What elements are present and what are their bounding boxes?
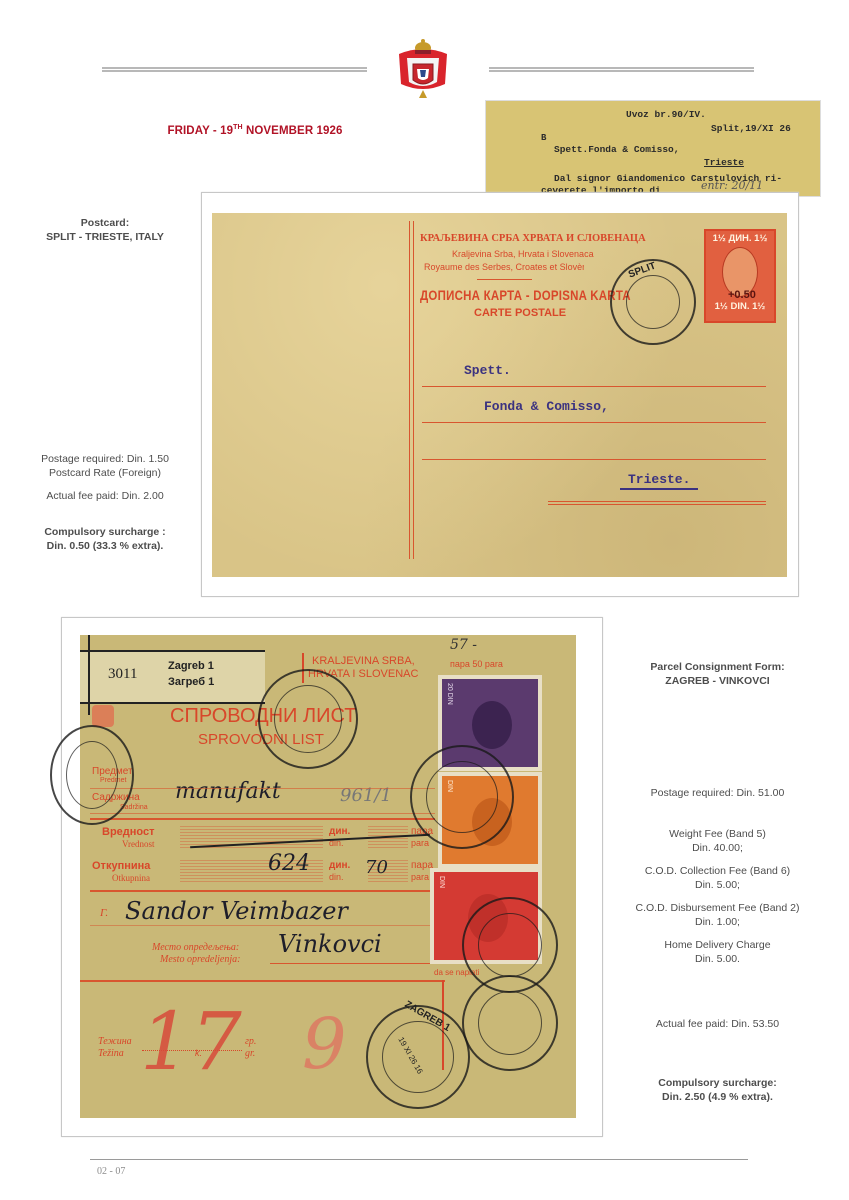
postcard-frame: КРАЉЕВИНА СРБА ХРВАТА И СЛОВЕНАЦА Kralje… (201, 192, 799, 597)
field-cod-latin: Otkupnina (112, 873, 150, 883)
parcel-route: ZAGREB - VINKOVCI (630, 674, 805, 688)
zagreb-postmark-2 (50, 725, 134, 825)
page-date-title: FRIDAY - 19TH NOVEMBER 1926 (145, 124, 365, 137)
postcard-description: Postcard: SPLIT - TRIESTE, ITALY (20, 216, 190, 244)
postcard-title: ДОПИСНА КАРТА - DOPISNA KARTA (420, 287, 631, 303)
fee-label: C.O.D. Collection Fee (Band 6) (620, 864, 815, 878)
stamp-bottom-value: 1½ DIN. 1½ (706, 301, 774, 312)
postcard-rates: Postage required: Din. 1.50 Postcard Rat… (20, 452, 190, 553)
postcard-subtitle: CARTE POSTALE (474, 307, 566, 319)
form-line-7 (80, 980, 445, 982)
destination-label-cyrillic: Место опредељења: (152, 942, 239, 953)
addressee-prefix: Г. (100, 907, 108, 919)
fee-label: C.O.D. Disbursement Fee (Band 2) (620, 901, 815, 915)
postcard-actual-fee: Actual fee paid: Din. 2.00 (20, 489, 190, 503)
address-line-4b (548, 504, 766, 505)
parcel-actual-fee: Actual fee paid: Din. 53.50 (630, 1017, 805, 1031)
form-line-3 (90, 818, 435, 820)
postcard-back-image: Uvoz br.90/IV. Split,19/XI 26 B Spett.Fo… (485, 100, 821, 197)
form-line-1 (90, 788, 435, 789)
postcard-header-french: Royaume des Serbes, Croates et Slovènes (424, 262, 584, 272)
zagreb-postmark-3 (410, 745, 514, 849)
weight-handwritten: 17 (140, 995, 242, 1088)
label-number: 3011 (108, 666, 137, 683)
registration-label: 3011 Zagreb 1 Загреб 1 (80, 650, 265, 704)
parcel-postage-required: Postage required: Din. 51.00 (630, 786, 805, 800)
form-handwritten-top: 57 - (450, 637, 477, 653)
postcard-postage-required: Postage required: Din. 1.50 (20, 452, 190, 466)
label-office-cyrillic: Загреб 1 (168, 676, 214, 688)
postcard-front-image: КРАЉЕВИНА СРБА ХРВАТА И СЛОВЕНАЦА Kralje… (212, 213, 787, 577)
letter-city: Trieste (704, 157, 744, 168)
stamp-overprint: +0.50 (728, 289, 756, 301)
fee-item-home-delivery: Home Delivery Charge Din. 5.00. (620, 938, 815, 966)
form-header-latin-1: KRALJEVINA SRBA, (312, 655, 415, 667)
fee-item-cod-collection: C.O.D. Collection Fee (Band 6) Din. 5.00… (620, 864, 815, 892)
fee-label: Weight Fee (Band 5) (620, 827, 815, 841)
header-rule-right (489, 67, 754, 72)
form-line-2 (90, 813, 435, 814)
field-cod-cyrillic: Откупнина (92, 860, 150, 872)
postcard-imprinted-stamp: 1½ ДИН. 1½ 1½ DIN. 1½ +0.50 (704, 229, 776, 323)
split-postmark: SPLIT (610, 259, 696, 345)
postcard-header-rule (477, 279, 532, 280)
postcard-heading: Postcard: (20, 216, 190, 230)
form-line-5 (90, 925, 435, 926)
weight-label-cyrillic: Тежина (98, 1036, 132, 1047)
postmark-text: SPLIT (627, 260, 657, 280)
postmark-date: 19 XI 26 16 (396, 1036, 424, 1076)
stamp-value: DIN (438, 876, 445, 888)
date-title-ordinal: TH (233, 124, 243, 131)
letter-handwritten-note: entr: 20/11 (701, 179, 763, 192)
value-para-latin: para (411, 838, 429, 848)
parcel-surcharge: Compulsory surcharge: Din. 2.50 (4.9 % e… (630, 1076, 805, 1104)
footer-rule (90, 1159, 748, 1160)
letter-place-date: Split,19/XI 26 (711, 123, 791, 134)
cod-para-latin: para (411, 872, 429, 882)
destination-label-latin: Mesto opredeljenja: (160, 954, 240, 965)
parcel-fee-list: Weight Fee (Band 5) Din. 40.00; C.O.D. C… (620, 827, 815, 966)
fee-value: Din. 5.00. (620, 952, 815, 966)
fee-item-cod-disbursement: C.O.D. Disbursement Fee (Band 2) Din. 1.… (620, 901, 815, 929)
weight-label-latin: Težina (98, 1048, 124, 1059)
date-title-month-year: NOVEMBER 1926 (243, 125, 343, 137)
stamp-top-value: 1½ ДИН. 1½ (706, 233, 774, 244)
zagreb-postmark-1 (258, 669, 358, 769)
form-emblem-icon (92, 705, 114, 727)
value-din-cyrillic: дин. (329, 826, 350, 837)
stamp-portrait (472, 701, 512, 749)
address-company: Fonda & Comisso, (484, 399, 609, 414)
zagreb-postmark-6 (462, 975, 558, 1071)
form-line-6 (270, 963, 435, 964)
address-line-2 (422, 422, 766, 423)
fee-value: Din. 40.00; (620, 841, 815, 855)
parcel-surcharge-label: Compulsory surcharge: (630, 1076, 805, 1090)
field-value-latin: Vrednost (122, 839, 154, 849)
weight-gr-cyrillic: гр. (245, 1036, 256, 1047)
address-salutation: Spett. (464, 363, 511, 378)
zagreb-postmark-5: ZAGREB 1 19 XI 26 16 (366, 1005, 470, 1109)
parcel-form-frame: 3011 Zagreb 1 Загреб 1 KRALJEVINA SRBA, … (61, 617, 603, 1137)
cod-paras-value: 70 (365, 857, 388, 878)
postcard-route: SPLIT - TRIESTE, ITALY (20, 230, 190, 244)
cod-din-cyrillic: дин. (329, 860, 350, 871)
import-number: Uvoz br.90/IV. (626, 109, 706, 120)
parcel-form-image: 3011 Zagreb 1 Загреб 1 KRALJEVINA SRBA, … (80, 635, 576, 1118)
label-left-bar (88, 635, 90, 715)
address-line-1 (422, 386, 766, 387)
form-line-4 (90, 890, 435, 892)
label-office-latin: Zagreb 1 (168, 660, 214, 672)
postcard-rate: Postcard Rate (Foreign) (20, 466, 190, 480)
fee-value: Din. 1.00; (620, 915, 815, 929)
cod-dinars-value: 624 (268, 851, 310, 876)
stamp-value: 20 DIN (446, 683, 453, 705)
contents-value: manufakt (175, 779, 281, 804)
address-line-3 (422, 459, 766, 460)
field-value-cyrillic: Вредност (102, 826, 155, 838)
page-number: 02 - 07 (97, 1166, 125, 1177)
postmark-office: ZAGREB 1 (403, 999, 452, 1034)
postcard-header-cyrillic: КРАЉЕВИНА СРБА ХРВАТА И СЛОВЕНАЦА (420, 233, 646, 244)
parcel-description: Parcel Consignment Form: ZAGREB - VINKOV… (630, 660, 805, 688)
letter-addressee: Spett.Fonda & Comisso, (554, 144, 679, 155)
postcard-header-latin: Kraljevina Srba, Hrvata i Slovenaca (452, 249, 594, 259)
date-title-day: FRIDAY - 19 (167, 125, 233, 137)
weight-gr-latin: gr. (245, 1048, 255, 1059)
royal-coat-of-arms-icon (393, 36, 453, 102)
letter-mark: B (541, 133, 546, 143)
postcard-divider-line (409, 221, 414, 559)
postcard-surcharge-label: Compulsory surcharge : (20, 525, 190, 539)
postcard-surcharge-value: Din. 0.50 (33.3 % extra). (20, 539, 190, 553)
form-top-right-value: пара 50 para (450, 659, 503, 669)
fee-label: Home Delivery Charge (620, 938, 815, 952)
weight-handwritten-2: 9 (302, 1003, 347, 1085)
address-city: Trieste. (620, 472, 698, 490)
fee-item-weight: Weight Fee (Band 5) Din. 40.00; (620, 827, 815, 855)
cod-din-latin: din. (329, 872, 344, 882)
addressee-name: Sandor Veimbazer (125, 897, 348, 925)
address-line-4a (548, 501, 766, 502)
header-rule-left (102, 67, 367, 72)
parcel-surcharge-value: Din. 2.50 (4.9 % extra). (630, 1090, 805, 1104)
fee-value: Din. 5.00; (620, 878, 815, 892)
parcel-heading: Parcel Consignment Form: (630, 660, 805, 674)
destination-value: Vinkovci (278, 930, 382, 958)
